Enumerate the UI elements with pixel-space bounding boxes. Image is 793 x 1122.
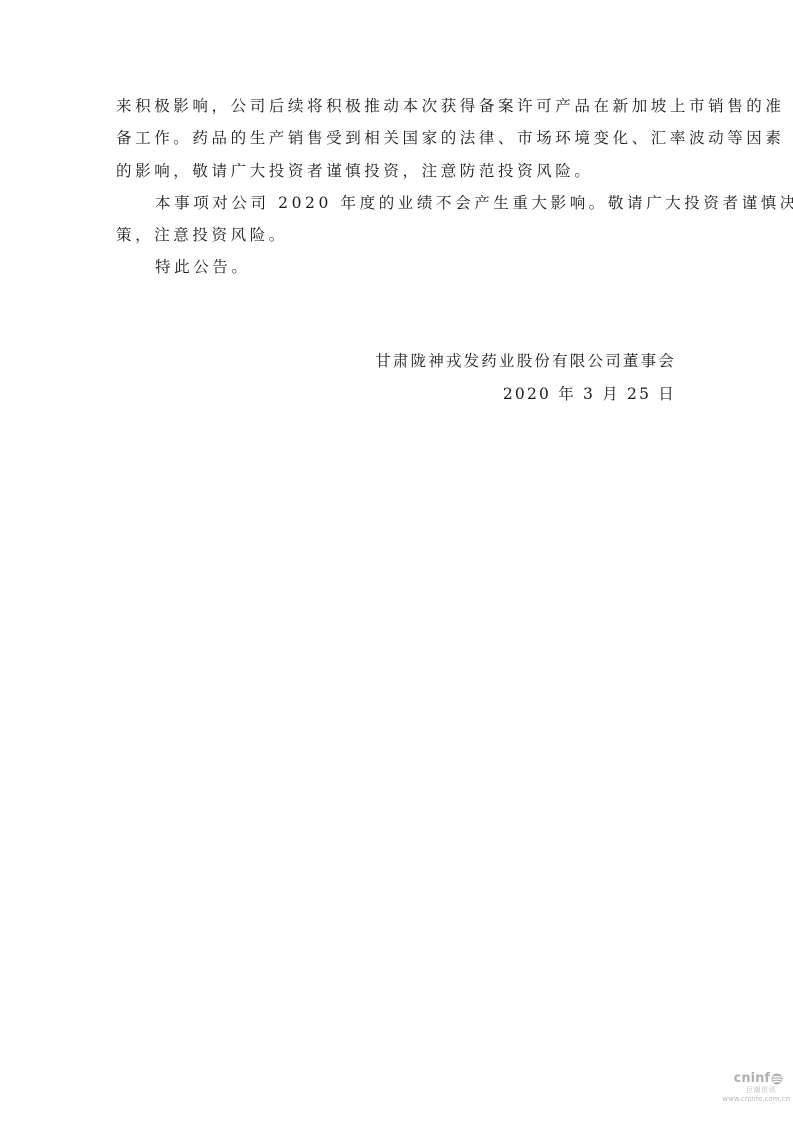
watermark-brand-cn: 巨潮资讯: [718, 1086, 793, 1095]
text-line: 特此公告。: [116, 251, 678, 283]
issuer-name: 甘肃陇神戎发药业股份有限公司董事会: [375, 345, 676, 378]
watermark-brand: cninf: [734, 1072, 770, 1086]
cninfo-logo-icon: [771, 1073, 783, 1085]
document-page: 来积极影响，公司后续将积极推动本次获得备案许可产品在新加坡上市销售的准 备工作。…: [0, 0, 793, 1122]
watermark-url: www.cninfo.com.cn: [718, 1095, 793, 1104]
paragraph-closing: 特此公告。: [116, 251, 678, 283]
text-line: 来积极影响，公司后续将积极推动本次获得备案许可产品在新加坡上市销售的准: [116, 90, 678, 122]
text-line: 策，注意投资风险。: [116, 219, 678, 251]
text-line: 本事项对公司 2020 年度的业绩不会产生重大影响。敬请广大投资者谨慎决: [116, 187, 678, 219]
text-line: 的影响，敬请广大投资者谨慎投资，注意防范投资风险。: [116, 155, 678, 187]
text-line: 备工作。药品的生产销售受到相关国家的法律、市场环境变化、汇率波动等因素: [116, 122, 678, 154]
issue-date: 2020 年 3 月 25 日: [375, 378, 676, 411]
cninfo-watermark: cninf 巨潮资讯 www.cninfo.com.cn: [718, 1072, 793, 1118]
announcement-body: 来积极影响，公司后续将积极推动本次获得备案许可产品在新加坡上市销售的准 备工作。…: [116, 90, 678, 284]
paragraph-impact-statement: 本事项对公司 2020 年度的业绩不会产生重大影响。敬请广大投资者谨慎决 策，注…: [116, 187, 678, 252]
signature-block: 甘肃陇神戎发药业股份有限公司董事会 2020 年 3 月 25 日: [375, 345, 676, 411]
watermark-logo-row: cninf: [718, 1072, 793, 1086]
paragraph-risk-notice: 来积极影响，公司后续将积极推动本次获得备案许可产品在新加坡上市销售的准 备工作。…: [116, 90, 678, 187]
